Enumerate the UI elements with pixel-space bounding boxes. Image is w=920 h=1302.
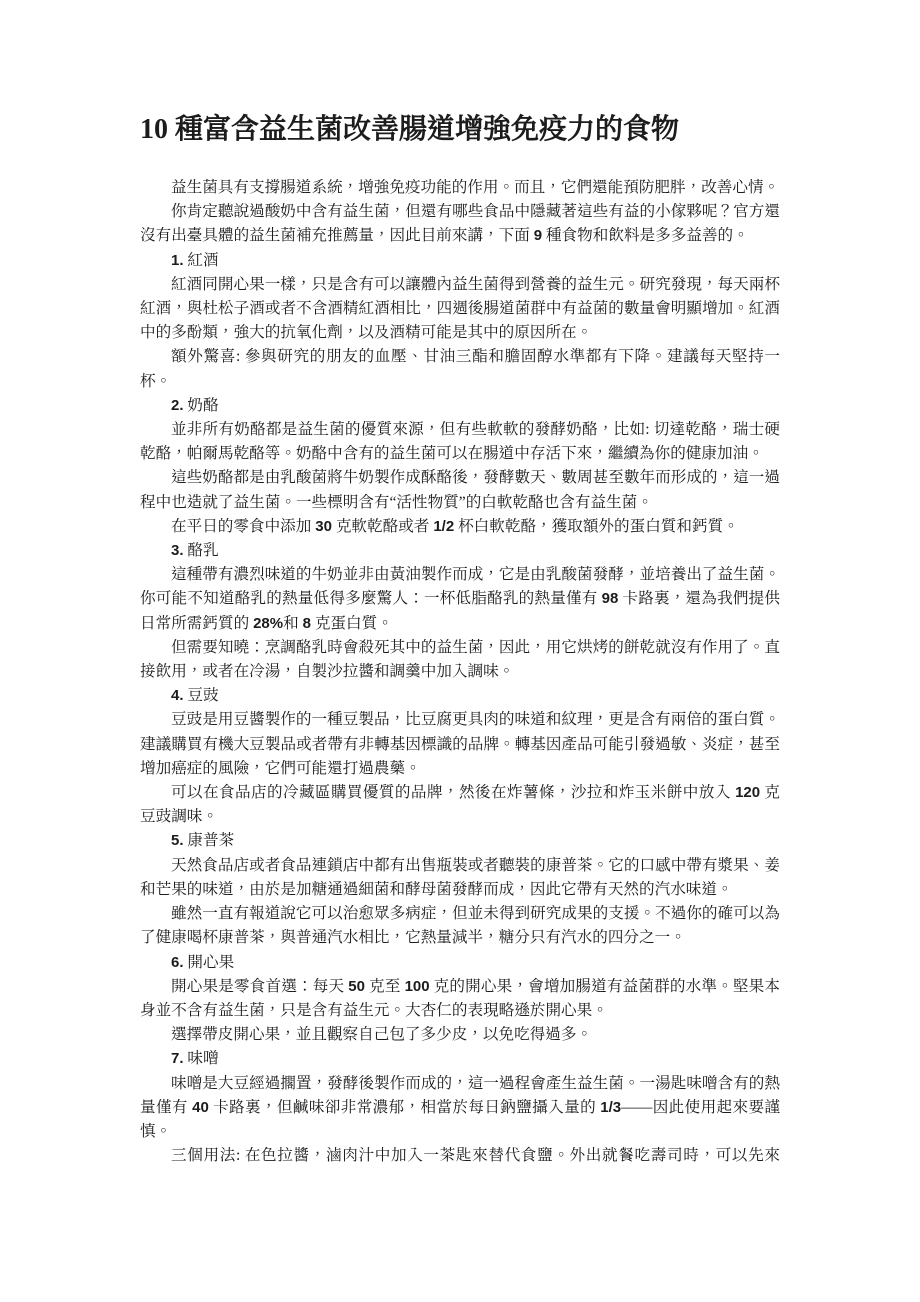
numeric-text: 100 [405,978,430,995]
numeric-text: 2. [171,397,184,414]
section-heading: 7. 味噌 [140,1047,780,1071]
numeric-text: 5. [171,832,184,849]
paragraph: 天然食品店或者食品連鎖店中都有出售瓶裝或者聽裝的康普茶。它的口感中帶有漿果、姜和… [140,854,780,902]
numeric-text: 50 [348,978,365,995]
document-title: 10 種富含益生菌改善腸道增強免疫力的食物 [140,110,780,150]
paragraph: 紅酒同開心果一樣，只是含有可以讓體內益生菌得到營養的益生元。研究發現，每天兩杯紅… [140,273,780,346]
paragraph: 額外驚喜: 參與研究的朋友的血壓、甘油三酯和膽固醇水準都有下降。建議每天堅持一杯… [140,345,780,393]
section-heading: 2. 奶酪 [140,394,780,418]
numeric-text: 40 [192,1099,209,1116]
numeric-text: 1/3 [600,1099,621,1116]
paragraph: 開心果是零食首選：每天 50 克至 100 克的開心果，會增加腸道有益菌群的水準… [140,975,780,1023]
numeric-text: 7. [171,1050,184,1067]
numeric-text: 8 [303,615,311,632]
numeric-text: 1. [171,252,184,269]
section-heading: 1. 紅酒 [140,249,780,273]
paragraph: 三個用法: 在色拉醬，滷肉汁中加入一茶匙來替代食鹽。外出就餐吃壽司時，可以先來 [140,1144,780,1168]
numeric-text: 28% [253,615,283,632]
numeric-text: 1/2 [433,518,454,535]
numeric-text: 9 [534,227,542,244]
numeric-text: 6. [171,954,184,971]
section-heading: 6. 開心果 [140,951,780,975]
paragraph: 可以在食品店的冷藏區購買優質的品牌，然後在炸薯條，沙拉和炸玉米餅中放入 120 … [140,781,780,829]
paragraph: 在平日的零食中添加 30 克軟乾酪或者 1/2 杯白軟乾酪，獲取額外的蛋白質和鈣… [140,515,780,539]
paragraph: 這種帶有濃烈味道的牛奶並非由黃油製作而成，它是由乳酸菌發酵，並培養出了益生菌。你… [140,563,780,636]
paragraph: 並非所有奶酪都是益生菌的優質來源，但有些軟軟的發酵奶酪，比如: 切達乾酪，瑞士硬… [140,418,780,466]
section-heading: 4. 豆豉 [140,684,780,708]
numeric-text: 120 [735,784,760,801]
section-heading: 3. 酪乳 [140,539,780,563]
paragraph: 益生菌具有支撐腸道系統，增強免疫功能的作用。而且，它們還能預防肥胖，改善心情。 [140,176,780,200]
numeric-text: 4. [171,687,184,704]
numeric-text: 30 [315,518,332,535]
numeric-text: 98 [602,590,619,607]
paragraph: 你肯定聽說過酸奶中含有益生菌，但還有哪些食品中隱藏著這些有益的小傢夥呢？官方還沒… [140,200,780,248]
paragraph: 選擇帶皮開心果，並且觀察自己包了多少皮，以免吃得過多。 [140,1023,780,1047]
document-page: 10 種富含益生菌改善腸道增強免疫力的食物 益生菌具有支撐腸道系統，增強免疫功能… [0,0,920,1302]
paragraph: 但需要知曉：烹調酪乳時會殺死其中的益生菌，因此，用它烘烤的餅乾就沒有作用了。直接… [140,636,780,684]
paragraph: 這些奶酪都是由乳酸菌將牛奶製作成酥酪後，發酵數天、數周甚至數年而形成的，這一過程… [140,466,780,514]
paragraph: 豆豉是用豆醬製作的一種豆製品，比豆腐更具肉的味道和紋理，更是含有兩倍的蛋白質。建… [140,708,780,781]
section-heading: 5. 康普茶 [140,829,780,853]
document-body: 益生菌具有支撐腸道系統，增強免疫功能的作用。而且，它們還能預防肥胖，改善心情。你… [140,176,780,1168]
paragraph: 味噌是大豆經過擱置，發酵後製作而成的，這一過程會產生益生菌。一湯匙味噌含有的熱量… [140,1072,780,1145]
paragraph: 雖然一直有報道說它可以治愈眾多病症，但並未得到研究成果的支援。不過你的確可以為了… [140,902,780,950]
numeric-text: 3. [171,542,184,559]
